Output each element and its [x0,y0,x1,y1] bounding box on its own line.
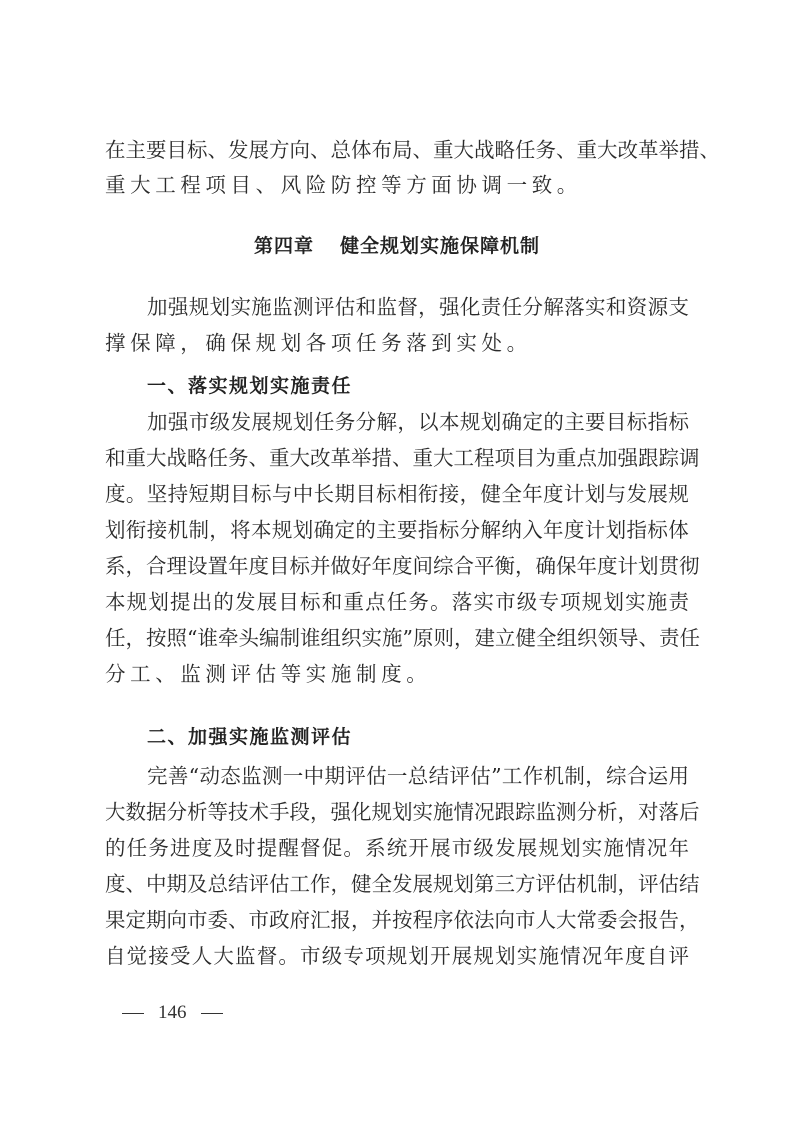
paragraph-line: 果定期向市委、市政府汇报，并按程序依法向市人大常委会报告， [105,905,689,935]
paragraph-line: 系，合理设置年度目标并做好年度间综合平衡，确保年度计划贯彻 [105,551,689,581]
paragraph-line: 度。坚持短期目标与中长期目标相衔接，健全年度计划与发展规 [105,479,689,509]
paragraph-line: 本规划提出的发展目标和重点任务。落实市级专项规划实施责 [105,587,689,617]
paragraph-line: 划衔接机制，将本规划确定的主要指标分解纳入年度计划指标体 [105,515,689,545]
page-number-value: 146 [158,1002,187,1023]
section-heading-2: 二、加强实施监测评估 [147,722,352,752]
chapter-title: 健全规划实施保障机制 [340,235,540,257]
paragraph-line: 自觉接受人大监督。市级专项规划开展规划实施情况年度自评 [105,941,689,971]
section-heading-1: 一、落实规划实施责任 [147,371,352,401]
paragraph-line: 重大工程项目、风险防控等方面协调一致。 [105,170,689,200]
paragraph-line: 度、中期及总结评估工作，健全发展规划第三方评估机制，评估结 [105,869,689,899]
page-number: 146 [118,999,227,1027]
chapter-heading: 第四章健全规划实施保障机制 [0,231,794,261]
paragraph-line: 撑保障，确保规划各项任务落到实处。 [105,328,689,358]
document-page: 在主要目标、发展方向、总体布局、重大战略任务、重大改革举措、 重大工程项目、风险… [0,0,794,1123]
dash-left [122,1013,144,1014]
paragraph-line: 加强规划实施监测评估和监督，强化责任分解落实和资源支 [147,292,689,322]
paragraph-line: 完善“动态监测一中期评估一总结评估”工作机制，综合运用 [147,761,689,791]
paragraph-line: 任，按照“谁牵头编制谁组织实施”原则，建立健全组织领导、责任 [105,623,689,653]
paragraph-line: 加强市级发展规划任务分解，以本规划确定的主要目标指标 [147,407,689,437]
paragraph-line: 和重大战略任务、重大改革举措、重大工程项目为重点加强跟踪调 [105,443,689,473]
paragraph-line: 大数据分析等技术手段，强化规划实施情况跟踪监测分析，对落后 [105,797,689,827]
dash-right [201,1013,223,1014]
paragraph-line: 的任务进度及时提醒督促。系统开展市级发展规划实施情况年 [105,833,689,863]
chapter-number: 第四章 [254,231,314,261]
paragraph-line: 分工、监测评估等实施制度。 [105,659,689,689]
paragraph-line: 在主要目标、发展方向、总体布局、重大战略任务、重大改革举措、 [105,135,689,165]
